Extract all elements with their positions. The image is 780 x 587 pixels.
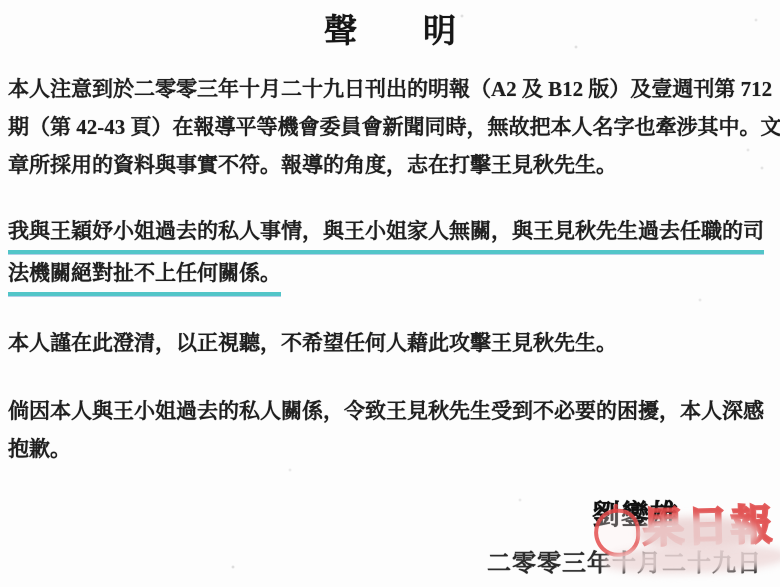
statement-line: 本人謹在此澄清，以正視聽，不希望任何人藉此攻擊王見秋先生。 bbox=[8, 324, 776, 362]
statement-paragraph-4: 倘因本人與王小姐過去的私人關係，令致王見秋先生受到不必要的困擾，本人深感 抱歉。 bbox=[8, 392, 776, 468]
statement-line: 法機關絕對扯不上任何關係。 bbox=[8, 254, 776, 296]
statement-line: 倘因本人與王小姐過去的私人關係，令致王見秋先生受到不必要的困擾，本人深感 bbox=[8, 392, 776, 430]
statement-line: 本人注意到於二零零三年十月二十九日刊出的明報（A2 及 B12 版）及壹週刊第 … bbox=[8, 70, 776, 108]
underlined-text: 法機關絕對扯不上任何關係。 bbox=[8, 258, 281, 296]
underlined-text: 我與王穎妤小姐過去的私人事情，與王小姐家人無關，與王見秋先生過去任職的司 bbox=[8, 216, 764, 254]
statement-line: 章所採用的資料與事實不符。報導的角度，志在打擊王見秋先生。 bbox=[8, 146, 776, 184]
scanned-statement-document: 聲 明 本人注意到於二零零三年十月二十九日刊出的明報（A2 及 B12 版）及壹… bbox=[0, 0, 780, 587]
statement-line: 期（第 42-43 頁）在報導平等機會委員會新聞同時，無故把本人名字也牽涉其中。… bbox=[8, 108, 776, 146]
statement-line: 我與王穎妤小姐過去的私人事情，與王小姐家人無關，與王見秋先生過去任職的司 bbox=[8, 212, 776, 254]
document-title: 聲 明 bbox=[0, 5, 780, 52]
statement-paragraph-2-underlined: 我與王穎妤小姐過去的私人事情，與王小姐家人無關，與王見秋先生過去任職的司 法機關… bbox=[8, 212, 776, 296]
statement-paragraph-3: 本人謹在此澄清，以正視聽，不希望任何人藉此攻擊王見秋先生。 bbox=[8, 324, 776, 362]
statement-line: 抱歉。 bbox=[8, 430, 776, 468]
statement-paragraph-1: 本人注意到於二零零三年十月二十九日刊出的明報（A2 及 B12 版）及壹週刊第 … bbox=[8, 70, 776, 184]
